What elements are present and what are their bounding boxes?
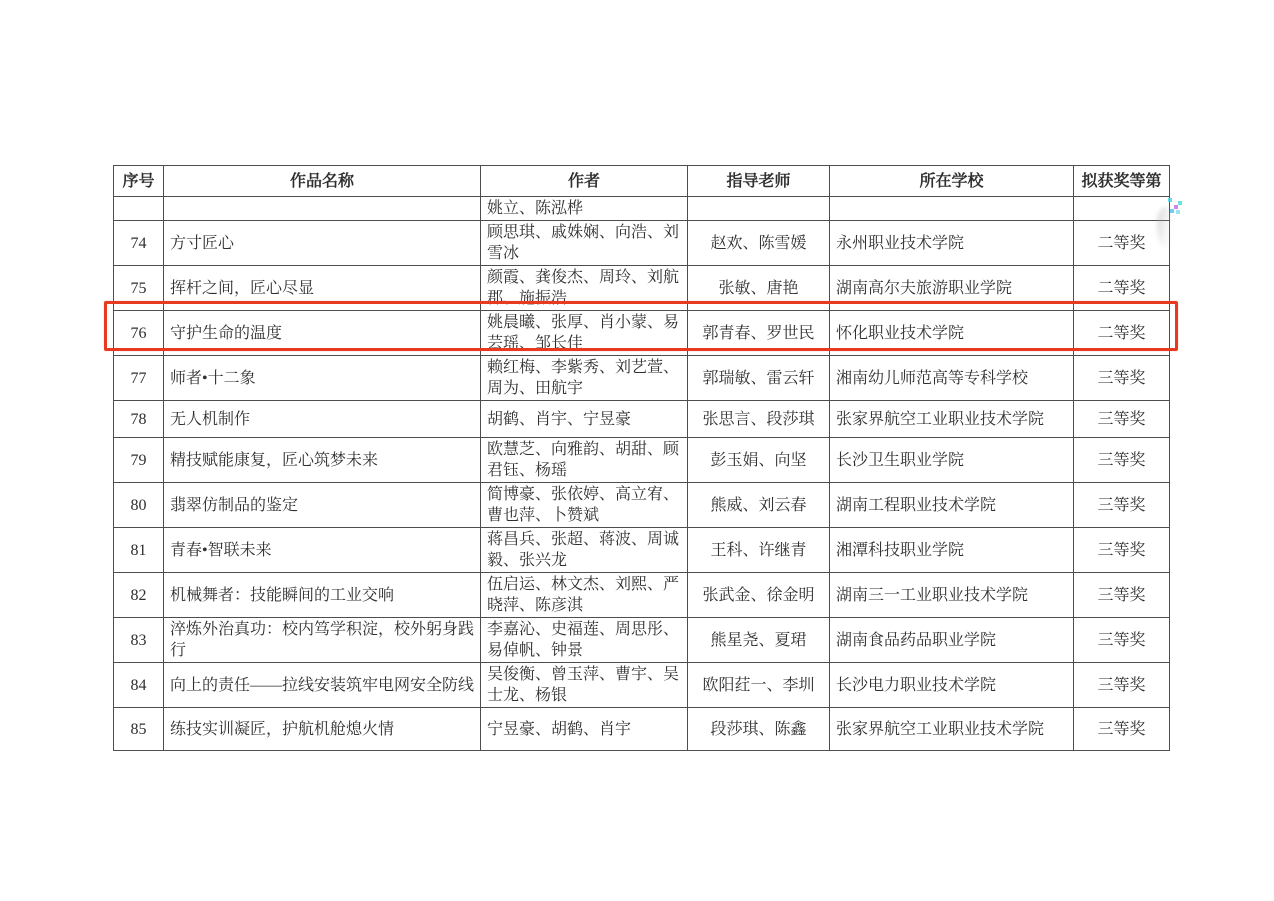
row-serial-number: 80 [114,483,164,528]
work-title-cell: 挥杆之间，匠心尽显 [164,266,481,311]
authors-cell: 姚立、陈泓桦 [481,197,688,221]
teachers-cell: 段莎琪、陈鑫 [688,708,830,751]
award-level-cell: 三等奖 [1074,663,1170,708]
work-title-cell: 练技实训凝匠，护航机舱熄火情 [164,708,481,751]
school-cell: 湘潭科技职业学院 [830,528,1074,573]
award-level-cell: 三等奖 [1074,483,1170,528]
work-title-cell: 精技赋能康复，匠心筑梦未来 [164,438,481,483]
table-row: 78 无人机制作 胡鹤、肖宇、宁昱豪 张思言、段莎琪 张家界航空工业职业技术学院… [114,401,1170,438]
award-level-cell: 三等奖 [1074,401,1170,438]
row-serial-number [114,197,164,221]
row-serial-number: 82 [114,573,164,618]
school-cell: 湖南食品药品职业学院 [830,618,1074,663]
row-serial-number: 84 [114,663,164,708]
table-row: 82 机械舞者：技能瞬间的工业交响 伍启运、林文杰、刘熙、严晓萍、陈彦淇 张武金… [114,573,1170,618]
col-header-authors: 作者 [481,166,688,197]
authors-cell: 姚晨曦、张厚、肖小蒙、易芸瑶、邹长佳 [481,311,688,356]
work-title-cell: 向上的责任——拉线安装筑牢电网安全防线 [164,663,481,708]
col-header-work-title: 作品名称 [164,166,481,197]
authors-cell: 宁昱豪、胡鹤、肖宇 [481,708,688,751]
work-title-cell: 翡翠仿制品的鉴定 [164,483,481,528]
school-cell: 永州职业技术学院 [830,221,1074,266]
table-row: 83 淬炼外治真功：校内笃学积淀，校外躬身践行 李嘉沁、史福莲、周思彤、易倬帆、… [114,618,1170,663]
screenshot-artifact-pixels [1168,198,1172,202]
authors-cell: 李嘉沁、史福莲、周思彤、易倬帆、钟景 [481,618,688,663]
school-cell: 湖南高尔夫旅游职业学院 [830,266,1074,311]
table-row: 74 方寸匠心 顾思琪、戚姝娴、向浩、刘雪冰 赵欢、陈雪媛 永州职业技术学院 二… [114,221,1170,266]
school-cell: 张家界航空工业职业技术学院 [830,401,1074,438]
col-header-teachers: 指导老师 [688,166,830,197]
table-row: 79 精技赋能康复，匠心筑梦未来 欧慧芝、向雅韵、胡甜、顾君钰、杨瑶 彭玉娟、向… [114,438,1170,483]
authors-cell: 胡鹤、肖宇、宁昱豪 [481,401,688,438]
table-row: 75 挥杆之间，匠心尽显 颜霞、龚俊杰、周玲、刘航郡、施振浩 张敏、唐艳 湖南高… [114,266,1170,311]
row-serial-number: 83 [114,618,164,663]
row-serial-number: 79 [114,438,164,483]
row-serial-number: 85 [114,708,164,751]
table-body: 姚立、陈泓桦 74 方寸匠心 顾思琪、戚姝娴、向浩、刘雪冰 赵欢、陈雪媛 永州职… [114,197,1170,751]
award-level-cell: 三等奖 [1074,356,1170,401]
award-level-cell: 二等奖 [1074,266,1170,311]
work-title-cell: 无人机制作 [164,401,481,438]
award-level-cell: 三等奖 [1074,573,1170,618]
work-title-cell: 师者•十二象 [164,356,481,401]
school-cell: 长沙电力职业技术学院 [830,663,1074,708]
table-row: 80 翡翠仿制品的鉴定 简博豪、张依婷、高立宥、曹也萍、卜赞斌 熊威、刘云春 湖… [114,483,1170,528]
award-list-table: 序号 作品名称 作者 指导老师 所在学校 拟获奖等第 姚立、陈泓桦 74 方寸匠… [113,165,1169,751]
teachers-cell: 郭青春、罗世民 [688,311,830,356]
authors-cell: 简博豪、张依婷、高立宥、曹也萍、卜赞斌 [481,483,688,528]
table-row: 77 师者•十二象 赖红梅、李紫秀、刘艺萱、周为、田航宇 郭瑞敏、雷云轩 湘南幼… [114,356,1170,401]
authors-cell: 顾思琪、戚姝娴、向浩、刘雪冰 [481,221,688,266]
row-serial-number: 74 [114,221,164,266]
row-serial-number: 75 [114,266,164,311]
table-row: 85 练技实训凝匠，护航机舱熄火情 宁昱豪、胡鹤、肖宇 段莎琪、陈鑫 张家界航空… [114,708,1170,751]
header-row: 序号 作品名称 作者 指导老师 所在学校 拟获奖等第 [114,166,1170,197]
teachers-cell: 王科、许继青 [688,528,830,573]
teachers-cell: 熊威、刘云春 [688,483,830,528]
col-header-school: 所在学校 [830,166,1074,197]
page-curl-shadow [1157,207,1173,247]
school-cell: 湖南三一工业职业技术学院 [830,573,1074,618]
work-title-cell: 淬炼外治真功：校内笃学积淀，校外躬身践行 [164,618,481,663]
table-row: 81 青春•智联未来 蒋昌兵、张超、蒋波、周诚毅、张兴龙 王科、许继青 湘潭科技… [114,528,1170,573]
work-title-cell [164,197,481,221]
work-title-cell: 机械舞者：技能瞬间的工业交响 [164,573,481,618]
table-row: 姚立、陈泓桦 [114,197,1170,221]
teachers-cell: 赵欢、陈雪媛 [688,221,830,266]
teachers-cell: 欧阳荭一、李圳 [688,663,830,708]
row-serial-number: 78 [114,401,164,438]
school-cell: 长沙卫生职业学院 [830,438,1074,483]
school-cell: 怀化职业技术学院 [830,311,1074,356]
work-title-cell: 青春•智联未来 [164,528,481,573]
teachers-cell: 彭玉娟、向坚 [688,438,830,483]
award-level-cell: 二等奖 [1074,311,1170,356]
table-row: 76 守护生命的温度 姚晨曦、张厚、肖小蒙、易芸瑶、邹长佳 郭青春、罗世民 怀化… [114,311,1170,356]
award-level-cell: 三等奖 [1074,528,1170,573]
award-level-cell: 三等奖 [1074,708,1170,751]
authors-cell: 欧慧芝、向雅韵、胡甜、顾君钰、杨瑶 [481,438,688,483]
table-row: 84 向上的责任——拉线安装筑牢电网安全防线 吴俊衡、曾玉萍、曹宇、吴士龙、杨银… [114,663,1170,708]
work-title-cell: 方寸匠心 [164,221,481,266]
school-cell [830,197,1074,221]
col-header-serial: 序号 [114,166,164,197]
authors-cell: 蒋昌兵、张超、蒋波、周诚毅、张兴龙 [481,528,688,573]
award-level-cell: 二等奖 [1074,221,1170,266]
school-cell: 张家界航空工业职业技术学院 [830,708,1074,751]
teachers-cell: 张敏、唐艳 [688,266,830,311]
row-serial-number: 81 [114,528,164,573]
teachers-cell: 张思言、段莎琪 [688,401,830,438]
award-level-cell: 三等奖 [1074,618,1170,663]
authors-cell: 吴俊衡、曾玉萍、曹宇、吴士龙、杨银 [481,663,688,708]
award-table: 序号 作品名称 作者 指导老师 所在学校 拟获奖等第 姚立、陈泓桦 74 方寸匠… [113,165,1170,751]
row-serial-number: 76 [114,311,164,356]
authors-cell: 赖红梅、李紫秀、刘艺萱、周为、田航宇 [481,356,688,401]
school-cell: 湘南幼儿师范高等专科学校 [830,356,1074,401]
school-cell: 湖南工程职业技术学院 [830,483,1074,528]
teachers-cell [688,197,830,221]
teachers-cell: 张武金、徐金明 [688,573,830,618]
col-header-award-level: 拟获奖等第 [1074,166,1170,197]
teachers-cell: 熊星尧、夏珺 [688,618,830,663]
authors-cell: 伍启运、林文杰、刘熙、严晓萍、陈彦淇 [481,573,688,618]
award-level-cell [1074,197,1170,221]
row-serial-number: 77 [114,356,164,401]
work-title-cell: 守护生命的温度 [164,311,481,356]
authors-cell: 颜霞、龚俊杰、周玲、刘航郡、施振浩 [481,266,688,311]
award-level-cell: 三等奖 [1074,438,1170,483]
teachers-cell: 郭瑞敏、雷云轩 [688,356,830,401]
